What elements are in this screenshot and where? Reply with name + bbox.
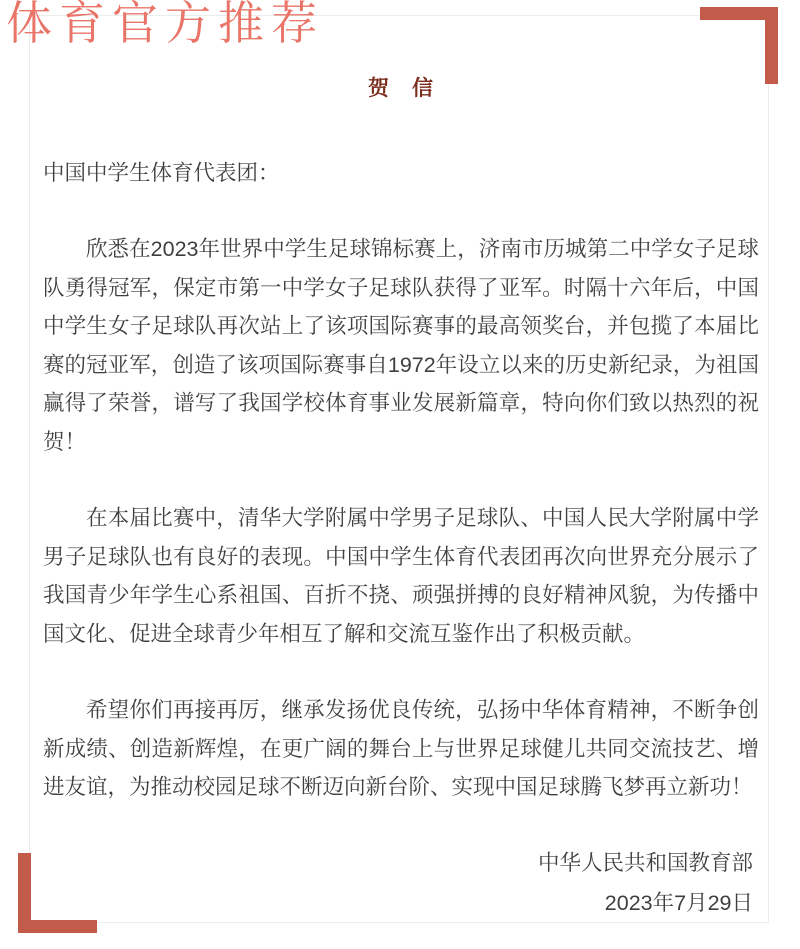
corner-accent-top-right: [700, 7, 778, 84]
corner-accent-bottom-left: [18, 853, 97, 933]
paragraph-2: 在本届比赛中，清华大学附属中学男子足球队、中国人民大学附属中学男子足球队也有良好…: [43, 499, 759, 653]
signature-org: 中华人民共和国教育部: [43, 843, 753, 883]
letter-card: 贺 信 中国中学生体育代表团： 欣悉在2023年世界中学生足球锦标赛上，济南市历…: [29, 15, 769, 923]
letter-page: 贺 信 中国中学生体育代表团： 欣悉在2023年世界中学生足球锦标赛上，济南市历…: [0, 0, 800, 949]
paragraph-1: 欣悉在2023年世界中学生足球锦标赛上，济南市历城第二中学女子足球队勇得冠军，保…: [43, 230, 759, 461]
salutation: 中国中学生体育代表团：: [43, 154, 759, 192]
signature-date: 2023年7月29日: [43, 883, 753, 923]
paragraph-3: 希望你们再接再厉，继承发扬优良传统，弘扬中华体育精神，不断争创新成绩、创造新辉煌…: [43, 691, 759, 807]
signature-block: 中华人民共和国教育部 2023年7月29日: [43, 843, 759, 923]
letter-title: 贺 信: [43, 74, 759, 104]
watermark-text: 体育官方推荐: [6, 0, 324, 54]
